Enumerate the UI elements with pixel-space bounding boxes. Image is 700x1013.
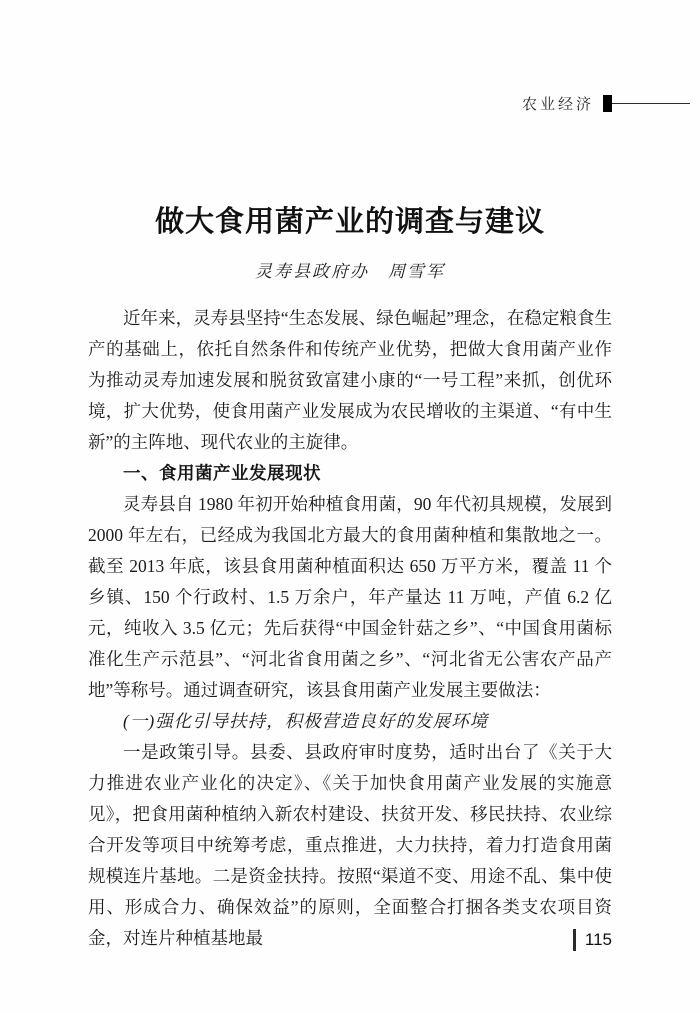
subsection-heading-1: (一)强化引导扶持，积极营造良好的发展环境 (88, 706, 612, 737)
article-title: 做大食用菌产业的调查与建议 (88, 204, 612, 240)
document-page: 农业经济 做大食用菌产业的调查与建议 灵寿县政府办 周雪军 近年来，灵寿县坚持“… (0, 0, 700, 1013)
header-rule (612, 103, 690, 104)
article-byline: 灵寿县政府办 周雪军 (88, 257, 612, 282)
page-footer: 115 (573, 929, 612, 951)
paragraph-status: 灵寿县自 1980 年初开始种植食用菌，90 年代初具规模，发展到 2000 年… (88, 489, 612, 706)
section-heading-1: 一、食用菌产业发展现状 (88, 458, 612, 489)
article: 做大食用菌产业的调查与建议 灵寿县政府办 周雪军 近年来，灵寿县坚持“生态发展、… (88, 0, 612, 954)
page-number-bar (573, 929, 576, 951)
paragraph-intro: 近年来，灵寿县坚持“生态发展、绿色崛起”理念，在稳定粮食生产的基础上，依托自然条… (88, 303, 612, 458)
page-number: 115 (585, 930, 612, 950)
paragraph-measures: 一是政策引导。县委、县政府审时度势，适时出台了《关于大力推进农业产业化的决定》、… (88, 737, 612, 954)
